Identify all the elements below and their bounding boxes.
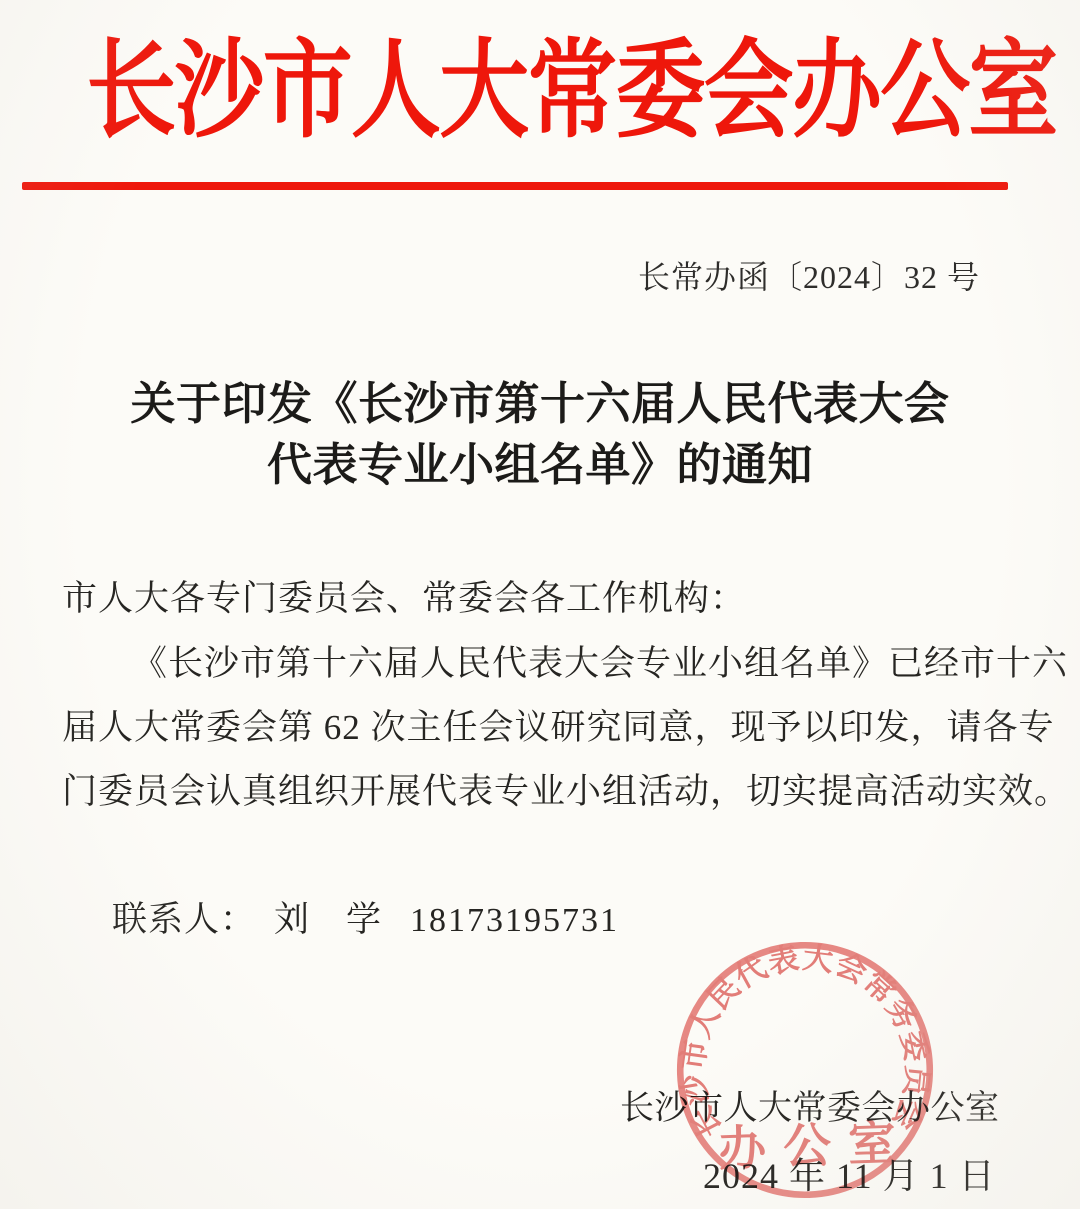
contact-phone: 18173195731 xyxy=(410,902,619,939)
signature-date: 2024 年 11 月 1 日 xyxy=(703,1148,996,1199)
document-title-line2: 代表专业小组名单》的通知 xyxy=(0,435,1080,496)
letterhead-title: 长沙市人大常委会办公室 xyxy=(86,4,993,158)
signature-org: 长沙市人大常委会办公室 xyxy=(620,1080,1000,1129)
contact-name: 刘 学 xyxy=(274,900,382,939)
document-title-line1: 关于印发《长沙市第十六届人民代表大会 xyxy=(0,374,1080,435)
contact-line: 联系人：刘 学18173195731 xyxy=(112,892,619,942)
document-number: 长常办函〔2024〕32 号 xyxy=(638,252,980,298)
document-title: 关于印发《长沙市第十六届人民代表大会 代表专业小组名单》的通知 xyxy=(0,374,1080,496)
letterhead-divider xyxy=(22,182,1008,190)
salutation: 市人大各专门委员会、常委会各工作机构： xyxy=(62,571,1018,635)
paragraph-line: 《长沙市第十六届人民代表大会专业小组名单》已经市十六 xyxy=(62,636,1018,700)
paragraph-line: 门委员会认真组织开展代表专业小组活动，切实提高活动实效。 xyxy=(62,764,1018,828)
document-page: 长沙市人大常委会办公室 长常办函〔2024〕32 号 关于印发《长沙市第十六届人… xyxy=(0,0,1080,1209)
contact-label: 联系人： xyxy=(112,900,256,939)
paragraph-line: 届人大常委会第 62 次主任会议研究同意，现予以印发，请各专 xyxy=(62,700,1018,764)
document-body: 市人大各专门委员会、常委会各工作机构： 《长沙市第十六届人民代表大会专业小组名单… xyxy=(62,571,1018,828)
